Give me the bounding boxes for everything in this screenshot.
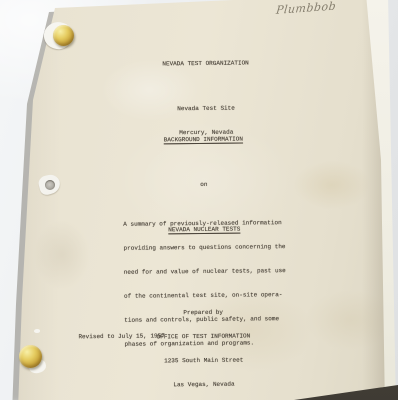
- prepared-street: 1235 South Main Street: [120, 356, 288, 366]
- organization-site: Nevada Test Site: [119, 104, 293, 114]
- punched-hole: [45, 180, 55, 190]
- summary-line: A summary of previously-released informa…: [123, 219, 285, 229]
- title-line-1: BACKGROUND INFORMATION: [119, 135, 287, 145]
- summary-line: providing answers to questions concernin…: [123, 243, 285, 253]
- spacer: [120, 159, 288, 166]
- brass-fastener-bottom: [19, 345, 42, 368]
- typed-content: NEVADA TEST ORGANIZATION Nevada Test Sit…: [0, 0, 398, 400]
- organization-name: NEVADA TEST ORGANIZATION: [119, 59, 293, 69]
- prepared-by-block: Prepared by OFFICE OF TEST INFORMATION 1…: [119, 292, 288, 400]
- paper-speck: [34, 329, 40, 333]
- revision-note: Revised to July 15, 1957: [78, 332, 165, 341]
- spacer: [119, 83, 293, 90]
- prepared-city: Las Vegas, Nevada: [120, 380, 288, 390]
- document-photo: NEVADA TEST ORGANIZATION Nevada Test Sit…: [0, 0, 398, 400]
- summary-line: need for and value of nuclear tests, pas…: [124, 267, 286, 277]
- brass-fastener-top: [53, 25, 74, 46]
- title-conjunction: on: [120, 180, 288, 190]
- prepared-label: Prepared by: [119, 308, 287, 318]
